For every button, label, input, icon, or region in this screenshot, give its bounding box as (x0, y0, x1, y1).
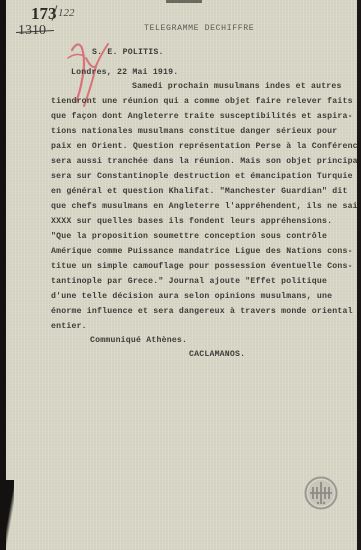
body-line: Amérique comme Puissance mandatrice Ligu… (51, 247, 353, 256)
place-date: Londres, 22 Mai 1919. (71, 68, 178, 77)
reference-sub-number: 122 (58, 7, 75, 19)
telegram-header: TELEGRAMME DECHIFFRE (144, 24, 254, 33)
body-line: Samedi prochain musulmans indes et autre… (132, 82, 342, 91)
body-line: tantinople par Grece." Journal ajoute "E… (51, 277, 327, 286)
document-page: 173 122 1310 TELEGRAMME DECHIFFRE S. E. … (6, 0, 357, 550)
scan-right-edge (357, 0, 361, 550)
body-line: XXXX sur quelles bases ils fondent leurs… (51, 217, 332, 226)
body-line: tions nationales musulmans constitue dan… (51, 127, 337, 136)
body-line: titue un simple camouflage pour possessi… (51, 262, 353, 271)
body-line: d'une telle décision aura selon opinions… (51, 292, 332, 301)
body-line: sera sur Constantinople destruction et é… (51, 172, 353, 181)
body-line: "Que la proposition soumettre conception… (51, 232, 327, 241)
signature: CACLAMANOS. (189, 350, 245, 359)
body-line: énorme influence et sera dangereux à tra… (51, 307, 353, 316)
body-line: sera aussi tranchée dans la réunion. Mai… (51, 157, 361, 166)
addressee: S. E. POLITIS. (92, 48, 164, 57)
body-line: que chefs musulmans en Angleterre l'appr… (51, 202, 361, 211)
archive-stamp-icon (304, 476, 338, 510)
body-line: entier. (51, 322, 87, 331)
sign-off: Communiqué Athènes. (90, 336, 187, 345)
body-line: paix en Orient. Question représentation … (51, 142, 361, 151)
body-line: en général et question Khalifat. "Manche… (51, 187, 348, 196)
body-line: tiendront une réunion qui a comme objet … (51, 97, 353, 106)
scan-corner-shadow (0, 480, 14, 550)
page-tab (166, 0, 202, 3)
body-line: que façon dont Angleterre traite suscept… (51, 112, 353, 121)
